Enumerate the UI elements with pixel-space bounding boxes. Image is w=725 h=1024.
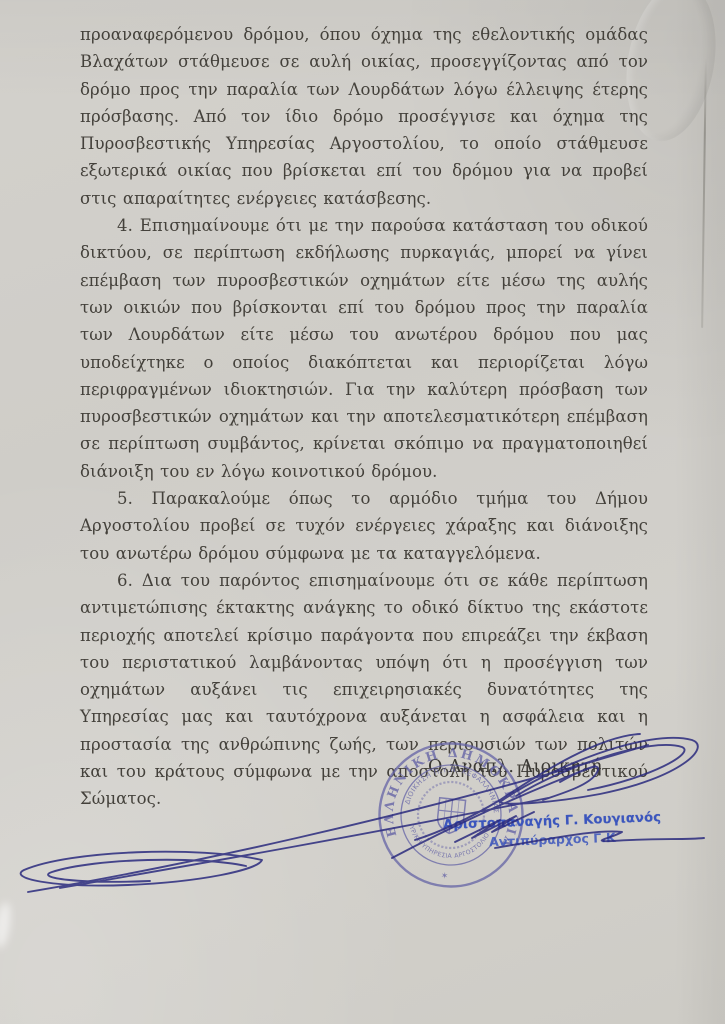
paragraph-5: 5. Παρακαλούμε όπως το αρμόδιο τμήμα του… xyxy=(80,485,648,567)
paragraph-4: 4. Επισημαίνουμε ότι με την παρούσα κατά… xyxy=(80,212,648,485)
document-photo: προαναφερόμενου δρόμου, όπου όχημα της ε… xyxy=(0,0,725,1024)
handwritten-signature xyxy=(0,690,725,930)
paragraph-continuation: προαναφερόμενου δρόμου, όπου όχημα της ε… xyxy=(80,21,648,212)
